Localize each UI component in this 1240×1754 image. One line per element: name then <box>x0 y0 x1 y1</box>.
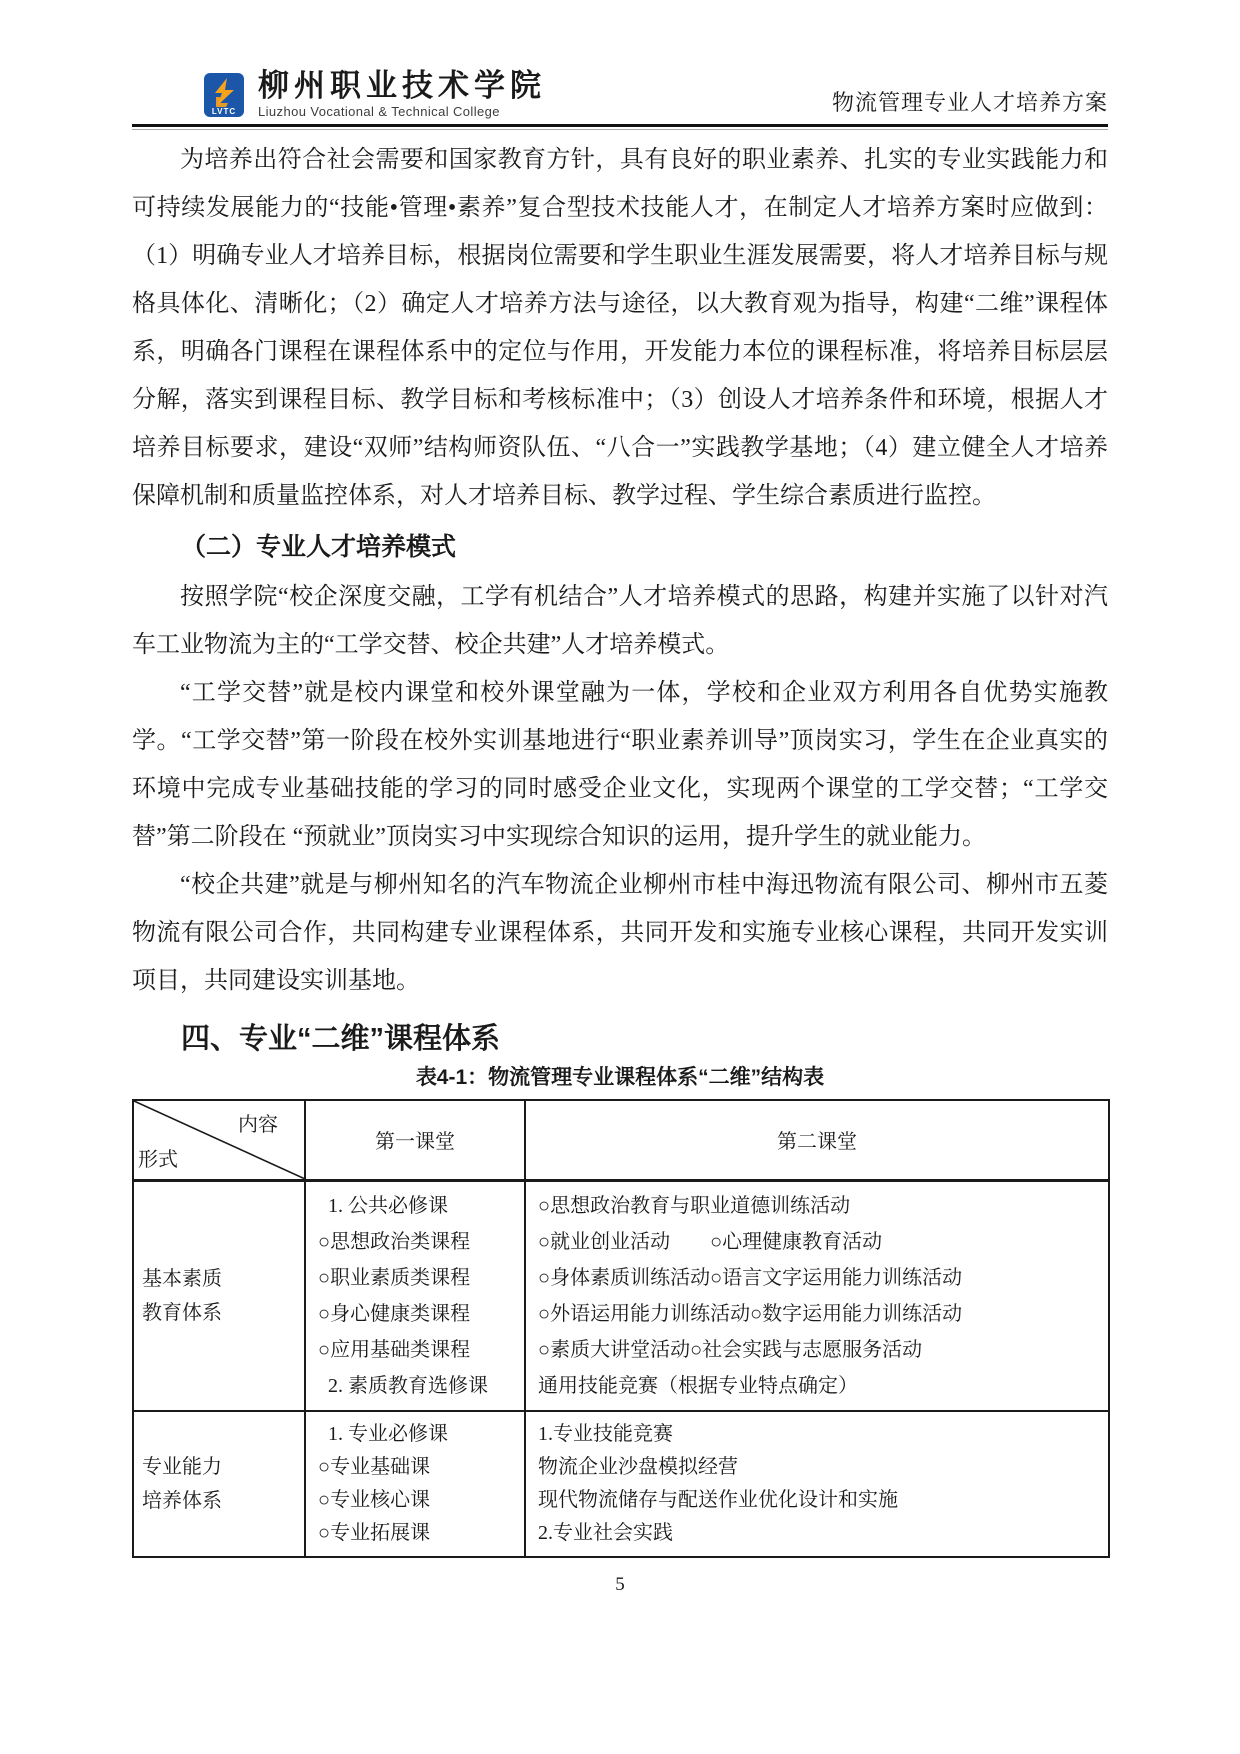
row-category-cell: 专业能力 培养体系 <box>133 1411 305 1557</box>
column-header-second-classroom: 第二课堂 <box>525 1100 1109 1180</box>
cell-line: 2. 素质教育选修课 <box>318 1368 520 1404</box>
college-name-cn: 柳州职业技术学院 <box>258 70 546 102</box>
cell-line: ○职业素质类课程 <box>318 1260 520 1296</box>
cell-line: ○外语运用能力训练活动○数字运用能力训练活动 <box>538 1296 1104 1332</box>
cell-line: ○思想政治教育与职业道德训练活动 <box>538 1188 1104 1224</box>
heading-talent-training-model: （二）专业人才培养模式 <box>181 530 1108 564</box>
cell-line: ○身心健康类课程 <box>318 1296 520 1332</box>
college-name-en: Liuzhou Vocational & Technical College <box>258 104 546 119</box>
cell-line: 现代物流储存与配送作业优化设计和实施 <box>538 1484 1104 1517</box>
header-doc-title: 物流管理专业人才培养方案 <box>832 86 1108 119</box>
svg-text:LVTC: LVTC <box>212 107 236 116</box>
corner-label-content: 内容 <box>238 1108 278 1137</box>
corner-label-form: 形式 <box>138 1143 178 1172</box>
cell-line: 通用技能竞赛（根据专业特点确定） <box>538 1368 1104 1404</box>
category-line: 专业能力 <box>142 1450 304 1484</box>
curriculum-structure-table: 内容 形式 第一课堂 第二课堂 基本素质 教育体系 1. 公共必修课○思想政治类… <box>132 1099 1110 1558</box>
category-line: 培养体系 <box>142 1484 304 1518</box>
document-page: LVTC 柳州职业技术学院 Liuzhou Vocational & Techn… <box>0 0 1240 1754</box>
second-classroom-cell: 1.专业技能竞赛物流企业沙盘模拟经营现代物流储存与配送作业优化设计和实施2.专业… <box>525 1411 1109 1557</box>
header-rule-thin <box>132 129 1108 130</box>
table-row-basic-quality: 基本素质 教育体系 1. 公共必修课○思想政治类课程○职业素质类课程○身心健康类… <box>133 1180 1109 1411</box>
cell-line: ○专业基础课 <box>318 1451 520 1484</box>
paragraph-work-study-alternation: “工学交替”就是校内课堂和校外课堂融为一体，学校和企业双方利用各自优势实施教学。… <box>132 669 1108 861</box>
college-names: 柳州职业技术学院 Liuzhou Vocational & Technical … <box>258 70 546 119</box>
category-line: 基本素质 <box>142 1262 304 1296</box>
lvtc-logo-icon: LVTC <box>204 73 244 117</box>
column-header-first-classroom: 第一课堂 <box>305 1100 525 1180</box>
table-caption: 表4-1：物流管理专业课程体系“二维”结构表 <box>132 1061 1108 1091</box>
row-category-cell: 基本素质 教育体系 <box>133 1180 305 1411</box>
paragraph-school-enterprise: “校企共建”就是与柳州知名的汽车物流企业柳州市桂中海迅物流有限公司、柳州市五菱物… <box>132 861 1108 1005</box>
table-header-row: 内容 形式 第一课堂 第二课堂 <box>133 1100 1109 1180</box>
cell-line: ○身体素质训练活动○语言文字运用能力训练活动 <box>538 1260 1104 1296</box>
first-classroom-cell: 1. 公共必修课○思想政治类课程○职业素质类课程○身心健康类课程○应用基础类课程… <box>305 1180 525 1411</box>
table-row-professional-ability: 专业能力 培养体系 1. 专业必修课○专业基础课○专业核心课○专业拓展课 1.专… <box>133 1411 1109 1557</box>
cell-line: ○专业核心课 <box>318 1484 520 1517</box>
lvtc-logo: LVTC <box>204 73 244 117</box>
college-brand: LVTC 柳州职业技术学院 Liuzhou Vocational & Techn… <box>204 70 546 119</box>
page-number: 5 <box>132 1574 1108 1596</box>
document-body: 为培养出符合社会需要和国家教育方针，具有良好的职业素养、扎实的专业实践能力和可持… <box>132 136 1108 1596</box>
cell-line: 1. 公共必修课 <box>318 1188 520 1224</box>
cell-line: ○就业创业活动 ○心理健康教育活动 <box>538 1224 1104 1260</box>
heading-two-dimension-curriculum: 四、专业“二维”课程体系 <box>181 1019 1108 1059</box>
cell-line: 1. 专业必修课 <box>318 1418 520 1451</box>
paragraph-model-overview: 按照学院“校企深度交融，工学有机结合”人才培养模式的思路，构建并实施了以针对汽车… <box>132 573 1108 669</box>
second-classroom-cell: ○思想政治教育与职业道德训练活动○就业创业活动 ○心理健康教育活动○身体素质训练… <box>525 1180 1109 1411</box>
cell-line: 2.专业社会实践 <box>538 1517 1104 1550</box>
cell-line: ○专业拓展课 <box>318 1517 520 1550</box>
cell-line: 1.专业技能竞赛 <box>538 1418 1104 1451</box>
table-corner-cell: 内容 形式 <box>133 1100 305 1180</box>
paragraph-training-requirements: 为培养出符合社会需要和国家教育方针，具有良好的职业素养、扎实的专业实践能力和可持… <box>132 136 1108 520</box>
cell-line: ○应用基础类课程 <box>318 1332 520 1368</box>
page-header: LVTC 柳州职业技术学院 Liuzhou Vocational & Techn… <box>132 70 1108 127</box>
cell-line: ○思想政治类课程 <box>318 1224 520 1260</box>
page-content: LVTC 柳州职业技术学院 Liuzhou Vocational & Techn… <box>132 70 1108 1596</box>
first-classroom-cell: 1. 专业必修课○专业基础课○专业核心课○专业拓展课 <box>305 1411 525 1557</box>
cell-line: 物流企业沙盘模拟经营 <box>538 1451 1104 1484</box>
category-line: 教育体系 <box>142 1296 304 1330</box>
cell-line: ○素质大讲堂活动○社会实践与志愿服务活动 <box>538 1332 1104 1368</box>
